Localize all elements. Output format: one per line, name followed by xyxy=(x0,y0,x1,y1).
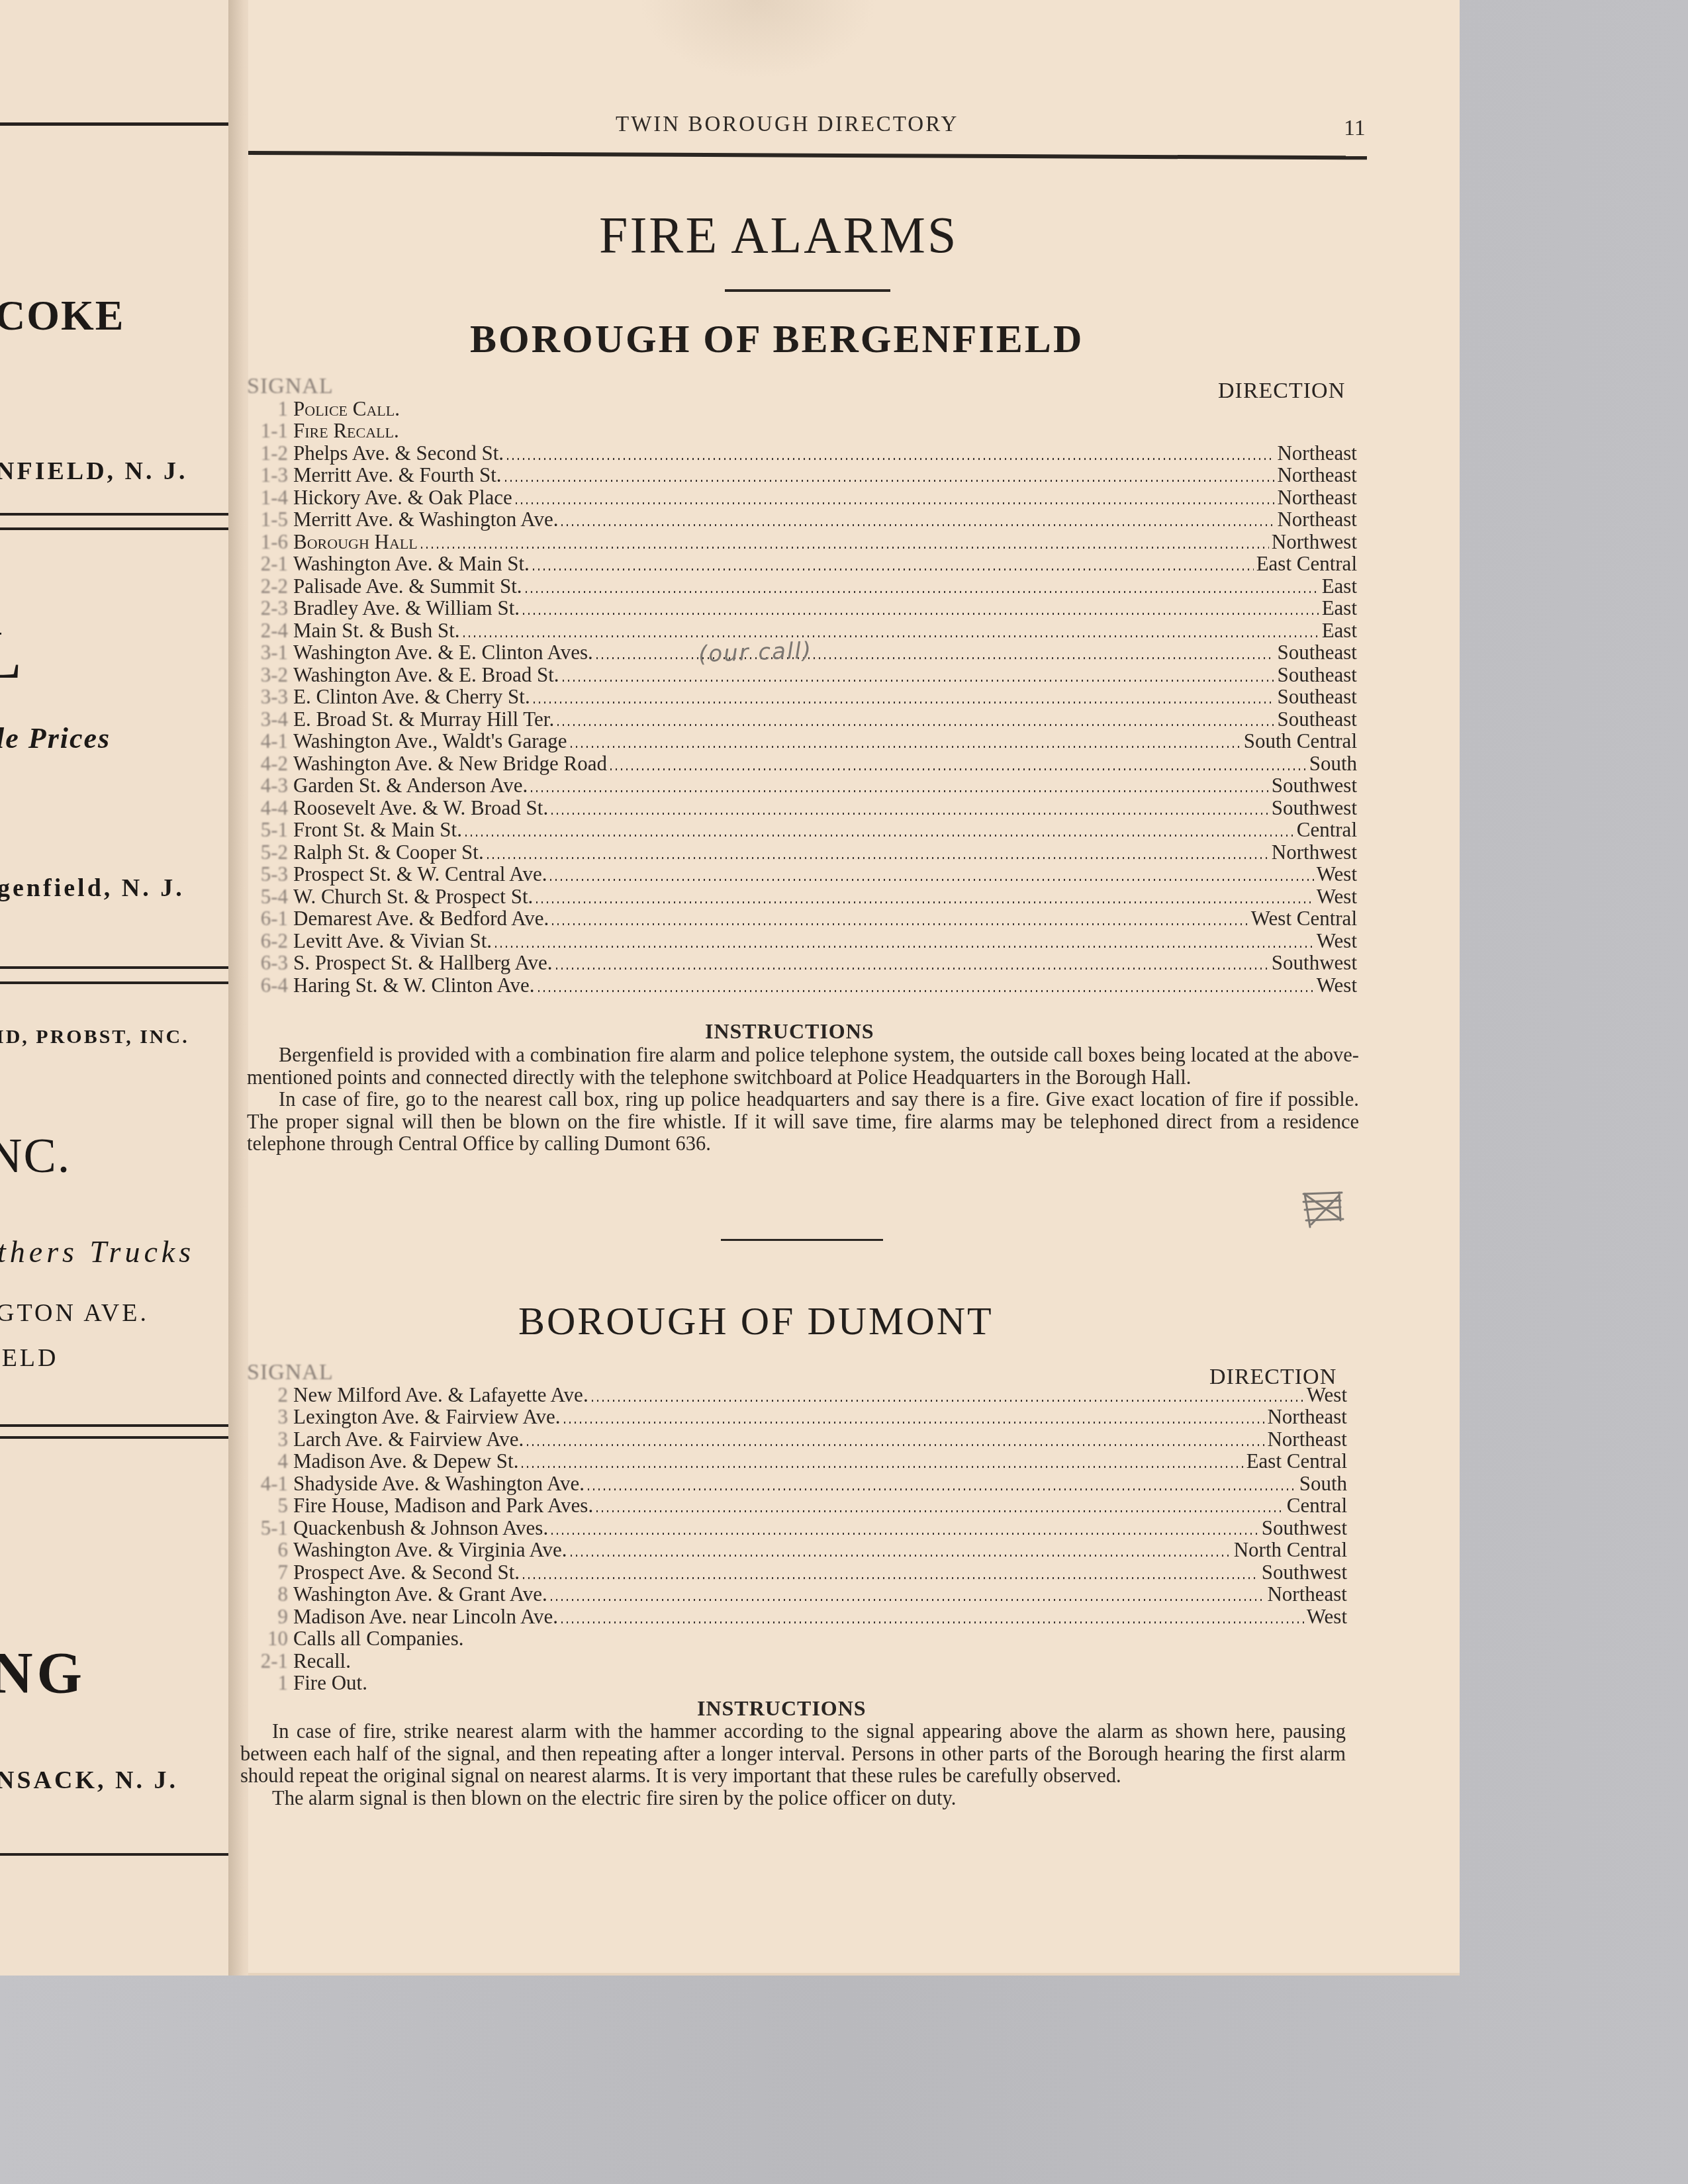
alarm-location: Levitt Ave. & Vivian St. xyxy=(293,930,492,952)
alarm-location: Fire House, Madison and Park Aves. xyxy=(293,1494,593,1516)
dot-leader xyxy=(550,923,1248,925)
alarm-direction: West xyxy=(1305,1606,1347,1627)
dot-leader xyxy=(562,1422,1265,1424)
alarm-entry: 2-3Bradley Ave. & William St.East xyxy=(248,597,1357,619)
alarm-location: New Milford Ave. & Lafayette Ave. xyxy=(293,1384,588,1406)
signal-code: 6-3 xyxy=(248,952,293,974)
dot-leader xyxy=(549,1599,1265,1601)
alarm-direction: Southeast xyxy=(1276,686,1357,707)
alarm-location: Ralph St. & Cooper St. xyxy=(293,841,484,863)
signal-code: 6 xyxy=(248,1539,293,1561)
alarm-location: Calls all Companies. xyxy=(293,1627,463,1649)
alarm-location: Larch Ave. & Fairview Ave. xyxy=(293,1428,524,1450)
instructions-heading-bergenfield: INSTRUCTIONS xyxy=(705,1019,874,1044)
alarm-direction: East Central xyxy=(1255,553,1357,574)
dumont-alarm-list: 2New Milford Ave. & Lafayette Ave.West3L… xyxy=(248,1383,1347,1694)
alarm-entry: 1-3Merritt Ave. & Fourth St.Northeast xyxy=(248,464,1357,486)
alarm-location: Borough Hall xyxy=(293,531,418,553)
alarm-location: Madison Ave. & Depew St. xyxy=(293,1450,518,1472)
dot-leader xyxy=(524,591,1319,593)
signal-code: 3-4 xyxy=(248,708,293,730)
alarm-location: Palisade Ave. & Summit St. xyxy=(293,575,522,597)
alarm-entry: 5-4W. Church St. & Prospect St.West xyxy=(248,885,1357,907)
dot-leader xyxy=(419,547,1269,549)
page-title: FIRE ALARMS xyxy=(599,205,958,265)
alarm-location: Washington Ave. & Grant Ave. xyxy=(293,1583,547,1605)
alarm-direction: South xyxy=(1308,752,1357,774)
signal-code: 3 xyxy=(248,1406,293,1428)
alarm-location: Prospect Ave. & Second St. xyxy=(293,1561,520,1583)
alarm-direction: East xyxy=(1321,619,1357,641)
alarm-location: Washington Ave. & E. Broad St. xyxy=(293,664,559,686)
alarm-direction: Southeast xyxy=(1276,641,1357,663)
alarm-location: Lexington Ave. & Fairview Ave. xyxy=(293,1406,561,1428)
alarm-direction: South xyxy=(1298,1473,1347,1494)
ad-text-address: GTON AVE. xyxy=(0,1298,149,1328)
alarm-entry: 5-1Quackenbush & Johnson Aves.Southwest xyxy=(248,1516,1347,1539)
signal-code: 3-2 xyxy=(248,664,293,686)
signal-code: 1 xyxy=(248,398,293,420)
signal-code: 10 xyxy=(248,1627,293,1649)
ad-text-city: NSACK, N. J. xyxy=(0,1766,178,1795)
dot-leader xyxy=(461,635,1319,637)
alarm-direction: Northeast xyxy=(1276,442,1357,464)
signal-code: 5-1 xyxy=(248,819,293,841)
alarm-entry: 10Calls all Companies. xyxy=(248,1627,1347,1650)
alarm-entry: 1-2Phelps Ave. & Second St.Northeast xyxy=(248,441,1357,464)
instructions-bergenfield: Bergenfield is provided with a combinati… xyxy=(247,1044,1359,1156)
alarm-entry: 5-1Front St. & Main St.Central xyxy=(248,819,1357,841)
alarm-location: Demarest Ave. & Bedford Ave. xyxy=(293,907,549,929)
signal-code: 3-1 xyxy=(248,641,293,663)
alarm-entry: 6-2Levitt Ave. & Vivian St.West xyxy=(248,929,1357,952)
alarm-entry: 3-4E. Broad St. & Murray Hill Ter.Southe… xyxy=(248,707,1357,730)
alarm-entry: 4-3Garden St. & Anderson Ave.Southwest xyxy=(248,774,1357,797)
signal-code: 2-1 xyxy=(248,1650,293,1672)
alarm-entry: 1-5Merritt Ave. & Washington Ave.Northea… xyxy=(248,508,1357,531)
alarm-location: Police Call. xyxy=(293,398,400,420)
alarm-entry: 6Washington Ave. & Virginia Ave.North Ce… xyxy=(248,1539,1347,1561)
ad-text-town: IELD xyxy=(0,1343,59,1373)
signal-code: 4-1 xyxy=(248,1473,293,1494)
alarm-direction: Northeast xyxy=(1276,486,1357,508)
alarm-entry: 4-1Washington Ave., Waldt's GarageSouth … xyxy=(248,730,1357,752)
alarm-direction: Northwest xyxy=(1270,841,1357,863)
dot-leader xyxy=(548,879,1313,881)
alarm-location: Hickory Ave. & Oak Place xyxy=(293,486,512,508)
section-divider xyxy=(721,1239,883,1241)
previous-page-fragment: COKE NFIELD, N. J. L le Prices genfield,… xyxy=(0,0,232,1976)
signal-code: 6-2 xyxy=(248,930,293,952)
alarm-entry: 2-2Palisade Ave. & Summit St.East xyxy=(248,574,1357,597)
dot-leader xyxy=(549,1533,1259,1535)
dot-leader xyxy=(608,768,1307,770)
header-rule xyxy=(248,151,1367,159)
alarm-location: W. Church St. & Prospect St. xyxy=(293,886,533,907)
instruction-paragraph: The alarm signal is then blown on the el… xyxy=(240,1788,1346,1810)
signal-code: 8 xyxy=(248,1583,293,1605)
alarm-entry: 2New Milford Ave. & Lafayette Ave.West xyxy=(248,1383,1347,1406)
signal-code: 9 xyxy=(248,1606,293,1627)
dot-leader xyxy=(485,857,1269,859)
signal-code: 2-1 xyxy=(248,553,293,574)
dot-leader xyxy=(520,1466,1243,1468)
alarm-direction: Southwest xyxy=(1270,774,1357,796)
alarm-entry: 2-1Washington Ave. & Main St.East Centra… xyxy=(248,553,1357,575)
dot-leader xyxy=(529,790,1269,792)
dot-leader xyxy=(521,613,1319,615)
running-head: TWIN BOROUGH DIRECTORY xyxy=(616,113,959,137)
section-title-bergenfield: BOROUGH OF BERGENFIELD xyxy=(470,316,1084,362)
signal-code: 1 xyxy=(248,1672,293,1694)
alarm-direction: West xyxy=(1315,886,1357,907)
signal-code: 3 xyxy=(248,1428,293,1450)
dot-leader xyxy=(561,680,1275,682)
signal-code: 5-2 xyxy=(248,841,293,863)
alarm-location: Recall. xyxy=(293,1650,351,1672)
ad-text-ng: NG xyxy=(0,1640,86,1707)
dot-leader xyxy=(569,746,1241,748)
dot-leader xyxy=(531,569,1254,570)
instruction-paragraph: In case of fire, strike nearest alarm wi… xyxy=(240,1721,1346,1788)
alarm-location: Quackenbush & Johnson Aves. xyxy=(293,1517,548,1539)
instructions-dumont: In case of fire, strike nearest alarm wi… xyxy=(240,1721,1346,1809)
alarm-direction: Central xyxy=(1295,819,1357,841)
section-title-dumont: BOROUGH OF DUMONT xyxy=(518,1298,994,1344)
signal-code: 1-2 xyxy=(248,442,293,464)
alarm-entry: 1Police Call. xyxy=(248,397,1357,420)
alarm-direction: Southeast xyxy=(1276,708,1357,730)
signal-code: 6-4 xyxy=(248,974,293,996)
alarm-entry: 7Prospect Ave. & Second St.Southwest xyxy=(248,1561,1347,1583)
alarm-location: S. Prospect St. & Hallberg Ave. xyxy=(293,952,553,974)
alarm-direction: West xyxy=(1305,1384,1347,1406)
signal-code: 1-3 xyxy=(248,464,293,486)
alarm-direction: Southwest xyxy=(1270,797,1357,819)
alarm-direction: South Central xyxy=(1243,730,1357,752)
signal-code: 1-4 xyxy=(248,486,293,508)
instructions-heading-dumont: INSTRUCTIONS xyxy=(697,1696,867,1721)
alarm-entry: 3Larch Ave. & Fairview Ave.Northeast xyxy=(248,1428,1347,1450)
dot-leader xyxy=(554,968,1269,970)
ad-text-letter: L xyxy=(0,615,23,694)
dot-leader xyxy=(534,901,1314,903)
alarm-location: Madison Ave. near Lincoln Ave. xyxy=(293,1606,558,1627)
signal-code: 5 xyxy=(248,1494,293,1516)
alarm-entry: 4Madison Ave. & Depew St.East Central xyxy=(248,1450,1347,1473)
alarm-direction: Northeast xyxy=(1266,1406,1347,1428)
alarm-entry: 5Fire House, Madison and Park Aves.Centr… xyxy=(248,1494,1347,1517)
signal-code: 4-3 xyxy=(248,774,293,796)
alarm-entry: 1Fire Out. xyxy=(248,1672,1347,1694)
dot-leader xyxy=(559,524,1274,526)
signal-code: 3-3 xyxy=(248,686,293,707)
signal-code: 1-6 xyxy=(248,531,293,553)
pencil-check-mark-icon xyxy=(1301,1191,1344,1228)
ad-divider-rule xyxy=(0,1436,232,1439)
ad-text-trucks: thers Trucks xyxy=(0,1234,195,1269)
dot-leader xyxy=(586,1488,1297,1490)
alarm-location: Merritt Ave. & Fourth St. xyxy=(293,464,502,486)
signal-code: 4-2 xyxy=(248,752,293,774)
signal-column-header: SIGNAL xyxy=(247,1360,334,1385)
dot-leader xyxy=(536,990,1314,992)
alarm-direction: Southeast xyxy=(1276,664,1357,686)
paper-stain xyxy=(639,0,877,79)
alarm-entry: 1-4Hickory Ave. & Oak PlaceNortheast xyxy=(248,486,1357,508)
instruction-paragraph: Bergenfield is provided with a combinati… xyxy=(247,1044,1359,1089)
alarm-direction: Northeast xyxy=(1276,508,1357,530)
alarm-entry: 1-1Fire Recall. xyxy=(248,420,1357,442)
alarm-entry: 9Madison Ave. near Lincoln Ave.West xyxy=(248,1605,1347,1627)
alarm-direction: Northwest xyxy=(1270,531,1357,553)
dot-leader xyxy=(549,813,1269,815)
dot-leader xyxy=(525,1444,1264,1446)
ad-text-company: ID, PROBST, INC. xyxy=(0,1026,189,1048)
alarm-direction: East xyxy=(1321,597,1357,619)
alarm-entry: 5-3Prospect St. & W. Central Ave.West xyxy=(248,863,1357,886)
ad-text-inc: NC. xyxy=(0,1128,71,1185)
alarm-direction: Southwest xyxy=(1260,1517,1347,1539)
ad-divider-rule xyxy=(0,966,232,969)
signal-code: 2 xyxy=(248,1384,293,1406)
ad-divider-rule xyxy=(0,527,232,530)
dot-leader xyxy=(555,724,1274,726)
signal-code: 5-1 xyxy=(248,1517,293,1539)
alarm-location: Shadyside Ave. & Washington Ave. xyxy=(293,1473,585,1494)
alarm-location: Fire Recall. xyxy=(293,420,399,441)
alarm-direction: West xyxy=(1315,930,1357,952)
alarm-location: Haring St. & W. Clinton Ave. xyxy=(293,974,535,996)
alarm-direction: Southwest xyxy=(1260,1561,1347,1583)
alarm-location: Prospect St. & W. Central Ave. xyxy=(293,863,547,885)
instruction-paragraph: In case of fire, go to the nearest call … xyxy=(247,1089,1359,1156)
alarm-location: Roosevelt Ave. & W. Broad St. xyxy=(293,797,548,819)
dot-leader xyxy=(569,1555,1231,1557)
alarm-location: Garden St. & Anderson Ave. xyxy=(293,774,528,796)
alarm-location: Washington Ave. & New Bridge Road xyxy=(293,752,607,774)
alarm-location: Washington Ave., Waldt's Garage xyxy=(293,730,567,752)
alarm-direction: West xyxy=(1315,863,1357,885)
alarm-location: Washington Ave. & Main St. xyxy=(293,553,530,574)
alarm-direction: West Central xyxy=(1250,907,1357,929)
dot-leader xyxy=(521,1577,1259,1579)
alarm-direction: Northeast xyxy=(1266,1583,1347,1605)
alarm-direction: Northeast xyxy=(1276,464,1357,486)
signal-code: 1-5 xyxy=(248,508,293,530)
signal-code: 1-1 xyxy=(248,420,293,441)
alarm-entry: 8Washington Ave. & Grant Ave.Northeast xyxy=(248,1583,1347,1606)
dot-leader xyxy=(594,657,1275,659)
alarm-entry: 3Lexington Ave. & Fairview Ave.Northeast xyxy=(248,1406,1347,1428)
alarm-direction: Southwest xyxy=(1270,952,1357,974)
alarm-entry: 2-1Recall. xyxy=(248,1649,1347,1672)
dot-leader xyxy=(532,702,1275,704)
alarm-entry: 5-2Ralph St. & Cooper St.Northwest xyxy=(248,841,1357,863)
dot-leader xyxy=(590,1400,1304,1402)
dot-leader xyxy=(503,480,1275,482)
ad-text-coke: COKE xyxy=(0,291,124,340)
ad-divider-rule xyxy=(0,513,232,516)
alarm-location: Bradley Ave. & William St. xyxy=(293,597,520,619)
alarm-location: Fire Out. xyxy=(293,1672,367,1694)
alarm-entry: 4-4Roosevelt Ave. & W. Broad St.Southwes… xyxy=(248,796,1357,819)
signal-code: 2-3 xyxy=(248,597,293,619)
directory-page: TWIN BOROUGH DIRECTORY 11 FIRE ALARMS BO… xyxy=(248,0,1460,1976)
alarm-location: E. Clinton Ave. & Cherry St. xyxy=(293,686,530,707)
alarm-entry: 6-4Haring St. & W. Clinton Ave.West xyxy=(248,974,1357,996)
signal-code: 4-1 xyxy=(248,730,293,752)
alarm-location: Phelps Ave. & Second St. xyxy=(293,442,504,464)
alarm-entry: 1-6Borough HallNorthwest xyxy=(248,530,1357,553)
alarm-location: Washington Ave. & E. Clinton Aves. xyxy=(293,641,593,663)
bergenfield-alarm-list: 1Police Call.1-1Fire Recall.1-2Phelps Av… xyxy=(248,397,1357,996)
alarm-entry: 4-2Washington Ave. & New Bridge RoadSout… xyxy=(248,752,1357,774)
ad-divider-rule xyxy=(0,1424,232,1427)
signal-code: 4 xyxy=(248,1450,293,1472)
signal-column-header: SIGNAL xyxy=(247,374,334,399)
page-number: 11 xyxy=(1344,116,1366,141)
alarm-direction: North Central xyxy=(1233,1539,1347,1561)
alarm-direction: Northeast xyxy=(1266,1428,1347,1450)
handwritten-note: (our call) xyxy=(698,637,812,668)
dot-leader xyxy=(559,1621,1304,1623)
ad-text-prices: le Prices xyxy=(0,721,111,755)
alarm-location: E. Broad St. & Murray Hill Ter. xyxy=(293,708,554,730)
signal-code: 7 xyxy=(248,1561,293,1583)
dot-leader xyxy=(514,502,1275,504)
alarm-direction: West xyxy=(1315,974,1357,996)
ad-divider-rule xyxy=(0,122,232,126)
alarm-direction: Central xyxy=(1286,1494,1347,1516)
alarm-entry: 3-3E. Clinton Ave. & Cherry St.Southeast xyxy=(248,686,1357,708)
dot-leader xyxy=(505,458,1274,460)
dot-leader xyxy=(493,946,1314,948)
alarm-direction: East Central xyxy=(1245,1450,1347,1472)
title-divider xyxy=(725,289,890,292)
ad-text-city: genfield, N. J. xyxy=(0,874,185,903)
signal-code: 6-1 xyxy=(248,907,293,929)
signal-code: 2-2 xyxy=(248,575,293,597)
signal-code: 5-3 xyxy=(248,863,293,885)
signal-code: 4-4 xyxy=(248,797,293,819)
alarm-entry: 6-1Demarest Ave. & Bedford Ave.West Cent… xyxy=(248,907,1357,930)
ad-text-city: NFIELD, N. J. xyxy=(0,457,188,486)
alarm-location: Washington Ave. & Virginia Ave. xyxy=(293,1539,567,1561)
alarm-location: Main St. & Bush St. xyxy=(293,619,460,641)
alarm-location: Merritt Ave. & Washington Ave. xyxy=(293,508,558,530)
alarm-entry: 4-1Shadyside Ave. & Washington Ave.South xyxy=(248,1472,1347,1494)
alarm-direction: East xyxy=(1321,575,1357,597)
dot-leader xyxy=(463,835,1294,837)
dot-leader xyxy=(594,1510,1284,1512)
signal-code: 5-4 xyxy=(248,886,293,907)
ad-divider-rule xyxy=(0,1853,232,1856)
alarm-entry: 6-3S. Prospect St. & Hallberg Ave.Southw… xyxy=(248,952,1357,974)
signal-code: 2-4 xyxy=(248,619,293,641)
alarm-entry: 3-2Washington Ave. & E. Broad St.Southea… xyxy=(248,663,1357,686)
ad-divider-rule xyxy=(0,981,232,984)
alarm-location: Front St. & Main St. xyxy=(293,819,462,841)
